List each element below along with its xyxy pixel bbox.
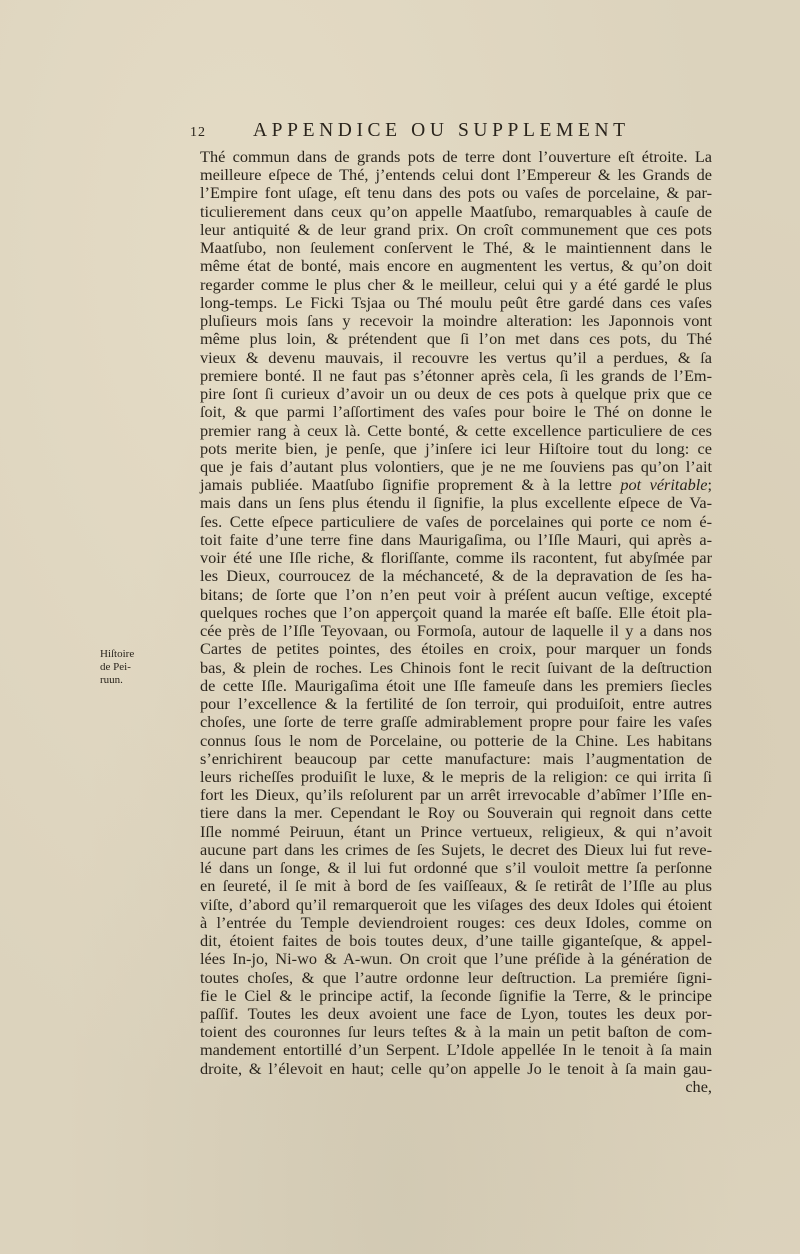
text-line: meilleure eſpece de Thé, j’entends celui… [200,166,712,184]
text-line: en ſeureté, il ſe mit à bord de ſes vaiſ… [200,877,712,895]
running-title: APPENDICE OU SUPPLEMENT [253,120,630,142]
text-line: droite, & l’élevoit en haut; celle qu’on… [200,1060,712,1078]
running-head: 12 APPENDICE OU SUPPLEMENT [190,120,690,148]
text-line: ſes. Cette eſpece particuliere de vaſes … [200,513,712,531]
text-segment: jamais publiée. Maatſubo ſignifie propre… [200,475,612,494]
text-line: tiere dans la mer. Cependant le Roy ou S… [200,804,712,822]
text-line: premiere bonté. Il ne faut pas s’étonner… [200,367,712,385]
text-line: mais dans un ſens plus étendu il ſignifi… [200,494,712,512]
text-line: quelques roches que l’on apperçoit quand… [200,604,712,622]
text-line: fort les Dieux, qu’ils reſolurent par un… [200,786,712,804]
text-line: même état de bonté, mais encore en augme… [200,257,712,275]
book-page: 12 APPENDICE OU SUPPLEMENT Hiſtoire de P… [0,0,800,1254]
text-line: paſſif. Toutes les deux avoient une face… [200,1005,712,1023]
text-line: que je fais d’autant plus volontiers, qu… [200,458,712,476]
text-line: pire ſont ſi curieux d’avoir un ou deux … [200,385,712,403]
text-line: pour l’excellence & la fertilité de ſon … [200,695,712,713]
text-line: ticulierement dans ceux qu’on appelle Ma… [200,203,712,221]
text-line-with-italic: jamais publiée. Maatſubo ſignifie propre… [200,476,712,494]
text-line: les Dieux, courroucez de la méchanceté, … [200,567,712,585]
text-line: l’Empire font uſage, eſt tenu dans des p… [200,184,712,202]
text-line: long-temps. Le Ficki Tsjaa ou Thé moulu … [200,294,712,312]
text-line: cée près de l’Iſle Teyovaan, ou Formoſa,… [200,622,712,640]
text-line: bitans; de ſorte que l’on n’en peut voir… [200,586,712,604]
text-line: bas, & plein de roches. Les Chinois font… [200,659,712,677]
text-line: ſoit, & que parmi l’aſſortiment des vaſe… [200,403,712,421]
text-line: vieux & devenu mauvais, il recouvre les … [200,349,712,367]
margin-note-line: ruun. [100,674,160,687]
text-line: de cette Iſle. Maurigaſima étoit une Iſl… [200,677,712,695]
text-line: toutes choſes, & que l’autre ordonne leu… [200,969,712,987]
punctuation: ; [707,475,712,494]
text-line: même plus loin, & prétendent que ſi l’on… [200,330,712,348]
text-line: Maatſubo, non ſeulement conſervent le Th… [200,239,712,257]
text-line: premier rang à ceux là. Cette bonté, & c… [200,422,712,440]
text-line: s’enrichirent beaucoup par cette manufac… [200,750,712,768]
text-line: Iſle nommé Peiruun, étant un Prince vert… [200,823,712,841]
text-line: connus ſous le nom de Porcelaine, ou pot… [200,732,712,750]
margin-note-line: Hiſtoire [100,648,160,661]
text-line: Thé commun dans de grands pots de terre … [200,148,712,166]
text-line: à l’entrée du Temple deviendroient rouge… [200,914,712,932]
body-text: Thé commun dans de grands pots de terre … [200,148,712,1096]
text-line: choſes, une ſorte de terre graſſe admira… [200,713,712,731]
text-line: toient des couronnes ſur leurs teſtes & … [200,1023,712,1041]
text-line: pluſieurs mois ſans y recevoir la moindr… [200,312,712,330]
text-line: mandement entortillé d’un Serpent. L’Ido… [200,1041,712,1059]
text-line: leurs richeſſes produiſit le luxe, & le … [200,768,712,786]
text-line: Cartes de petites pointes, des étoiles e… [200,640,712,658]
text-line: toit faite d’une terre fine dans Mauriga… [200,531,712,549]
margin-note-line: de Pei- [100,661,160,674]
page-number: 12 [190,125,206,141]
text-line: lé dans un ſonge, & il lui fut ordonné q… [200,859,712,877]
text-line: fie le Ciel & le principe actif, la ſeco… [200,987,712,1005]
margin-note: Hiſtoire de Pei- ruun. [100,648,160,687]
text-line: voir été une Iſle riche, & floriſſante, … [200,549,712,567]
italic-phrase: pot véritable [620,475,707,494]
text-line: viſte, d’abord qu’il remarqueroit que le… [200,896,712,914]
text-line: aucune part dans les crimes de ſes Sujet… [200,841,712,859]
text-line: dit, étoient faites de bois toutes deux,… [200,932,712,950]
text-line: lées In-jo, Ni-wo & A-wun. On croit que … [200,950,712,968]
text-line: regarder comme le plus cher & le meilleu… [200,276,712,294]
text-line: leur antiquité & de leur grand prix. On … [200,221,712,239]
catchword: che, [200,1078,712,1096]
text-line: pots merite bien, je penſe, que j’inſere… [200,440,712,458]
